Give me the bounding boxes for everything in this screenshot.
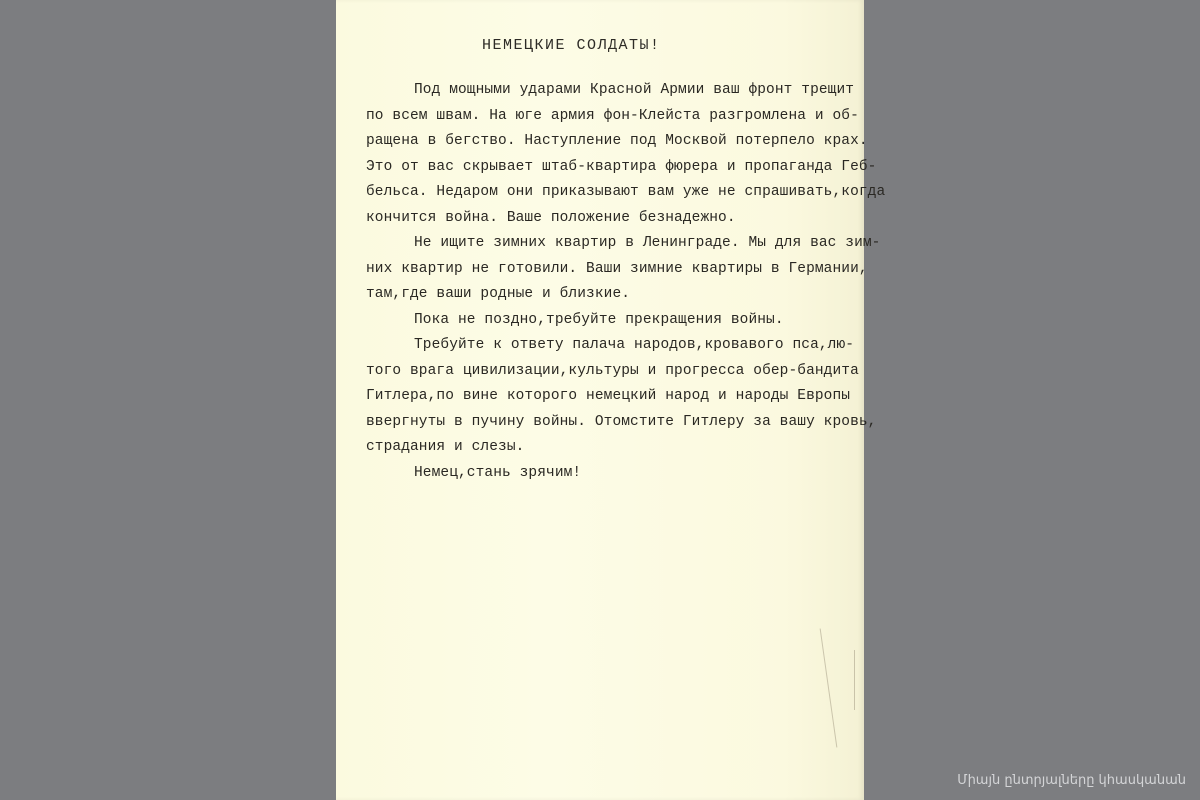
document-title: НЕМЕЦКИЕ СОЛДАТЫ! [482, 37, 661, 54]
document-line: того врага цивилизации,культуры и прогре… [366, 359, 866, 385]
paper-crease [854, 650, 855, 710]
paper-crease [820, 629, 838, 748]
document-line: бельса. Недаром они приказывают вам уже … [366, 180, 866, 206]
document-line: ввергнуты в пучину войны. Отомстите Гитл… [366, 410, 866, 436]
document-line: кончится война. Ваше положение безнадежн… [366, 206, 866, 232]
document-line: Под мощными ударами Красной Армии ваш фр… [366, 78, 866, 104]
document-line: по всем швам. На юге армия фон-Клейста р… [366, 104, 866, 130]
document-line: Не ищите зимних квартир в Ленинграде. Мы… [366, 231, 866, 257]
document-line: Это от вас скрывает штаб-квартира фюрера… [366, 155, 866, 181]
document-line: Требуйте к ответу палача народов,кроваво… [366, 333, 866, 359]
document-line: ращена в бегство. Наступление под Москво… [366, 129, 866, 155]
document-line: них квартир не готовили. Ваши зимние ква… [366, 257, 866, 283]
document-line: Немец,стань зрячим! [366, 461, 866, 487]
document-line: Пока не поздно,требуйте прекращения войн… [366, 308, 866, 334]
document-line: Гитлера,по вине которого немецкий народ … [366, 384, 866, 410]
document-line: там,где ваши родные и близкие. [366, 282, 866, 308]
document-page: НЕМЕЦКИЕ СОЛДАТЫ! Под мощными ударами Кр… [336, 0, 864, 800]
document-line: страдания и слезы. [366, 435, 866, 461]
document-body: Под мощными ударами Красной Армии ваш фр… [366, 78, 866, 486]
image-caption: Միայն ընտրյալները կհասկանան [957, 773, 1186, 788]
